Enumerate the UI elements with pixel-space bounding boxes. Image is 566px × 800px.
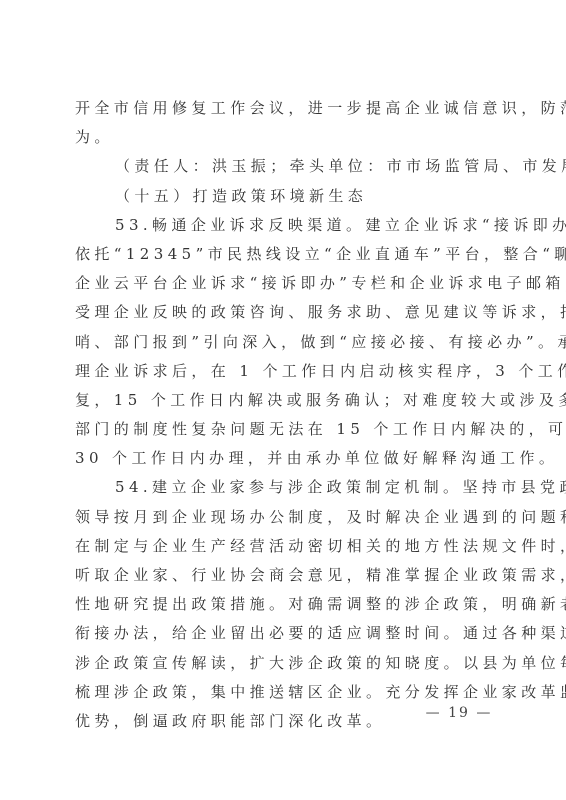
text-line: 哨、部门报到”引向深入，做到“应接必接、有接必办”。承办部门受: [75, 328, 493, 357]
text-line: 30 个工作日内办理，并由承办单位做好解释沟通工作。: [75, 444, 493, 473]
text-line: 涉企政策宣传解读，扩大涉企政策的知晓度。以县为单位每季度: [75, 649, 493, 678]
text-line: 部门的制度性复杂问题无法在 15 个工作日内解决的，可延长至: [75, 415, 493, 444]
document-page: 开全市信用修复工作会议，进一步提高企业诚信意识，防范失信行 为。 （责任人：洪玉…: [0, 0, 566, 800]
text-line: 企业云平台企业诉求“接诉即办”专栏和企业诉求电子邮箱，统一: [75, 269, 493, 298]
text-line: 开全市信用修复工作会议，进一步提高企业诚信意识，防范失信行: [75, 94, 493, 123]
text-line: 受理企业反映的政策咨询、服务求助、意见建议等诉求，把“企业吹: [75, 298, 493, 327]
text-line: 理企业诉求后，在 1 个工作日内启动核实程序，3 个工作日内答: [75, 357, 493, 386]
text-line: 衔接办法，给企业留出必要的适应调整时间。通过各种渠道做好: [75, 619, 493, 648]
text-line: 复，15 个工作日内解决或服务确认；对难度较大或涉及多层次、多: [75, 386, 493, 415]
item-54-start: 54.建立企业家参与涉企政策制定机制。坚持市县党政主要: [75, 473, 493, 502]
item-53-start: 53.畅通企业诉求反映渠道。建立企业诉求“接诉即办”机制，: [75, 211, 493, 240]
page-number: — 19 —: [424, 705, 494, 721]
body-text: 开全市信用修复工作会议，进一步提高企业诚信意识，防范失信行 为。 （责任人：洪玉…: [75, 94, 493, 736]
text-line: 领导按月到企业现场办公制度，及时解决企业遇到的问题和困难。: [75, 503, 493, 532]
text-line: 依托“12345”市民热线设立“企业直通车”平台，整合“聊企通”服务: [75, 240, 493, 269]
text-line: 为。: [75, 123, 493, 152]
text-line: 性地研究提出政策措施。对确需调整的涉企政策，明确新老政策: [75, 590, 493, 619]
section-heading: （十五）打造政策环境新生态: [75, 182, 493, 211]
text-line: 梳理涉企政策，集中推送辖区企业。充分发挥企业家改革监督员: [75, 678, 493, 707]
responsibility-note: （责任人：洪玉振；牵头单位：市市场监管局、市发展改革委）: [75, 152, 493, 181]
text-line: 在制定与企业生产经营活动密切相关的地方性法规文件时，充分: [75, 532, 493, 561]
text-line: 听取企业家、行业协会商会意见，精准掌握企业政策需求，有针对: [75, 561, 493, 590]
